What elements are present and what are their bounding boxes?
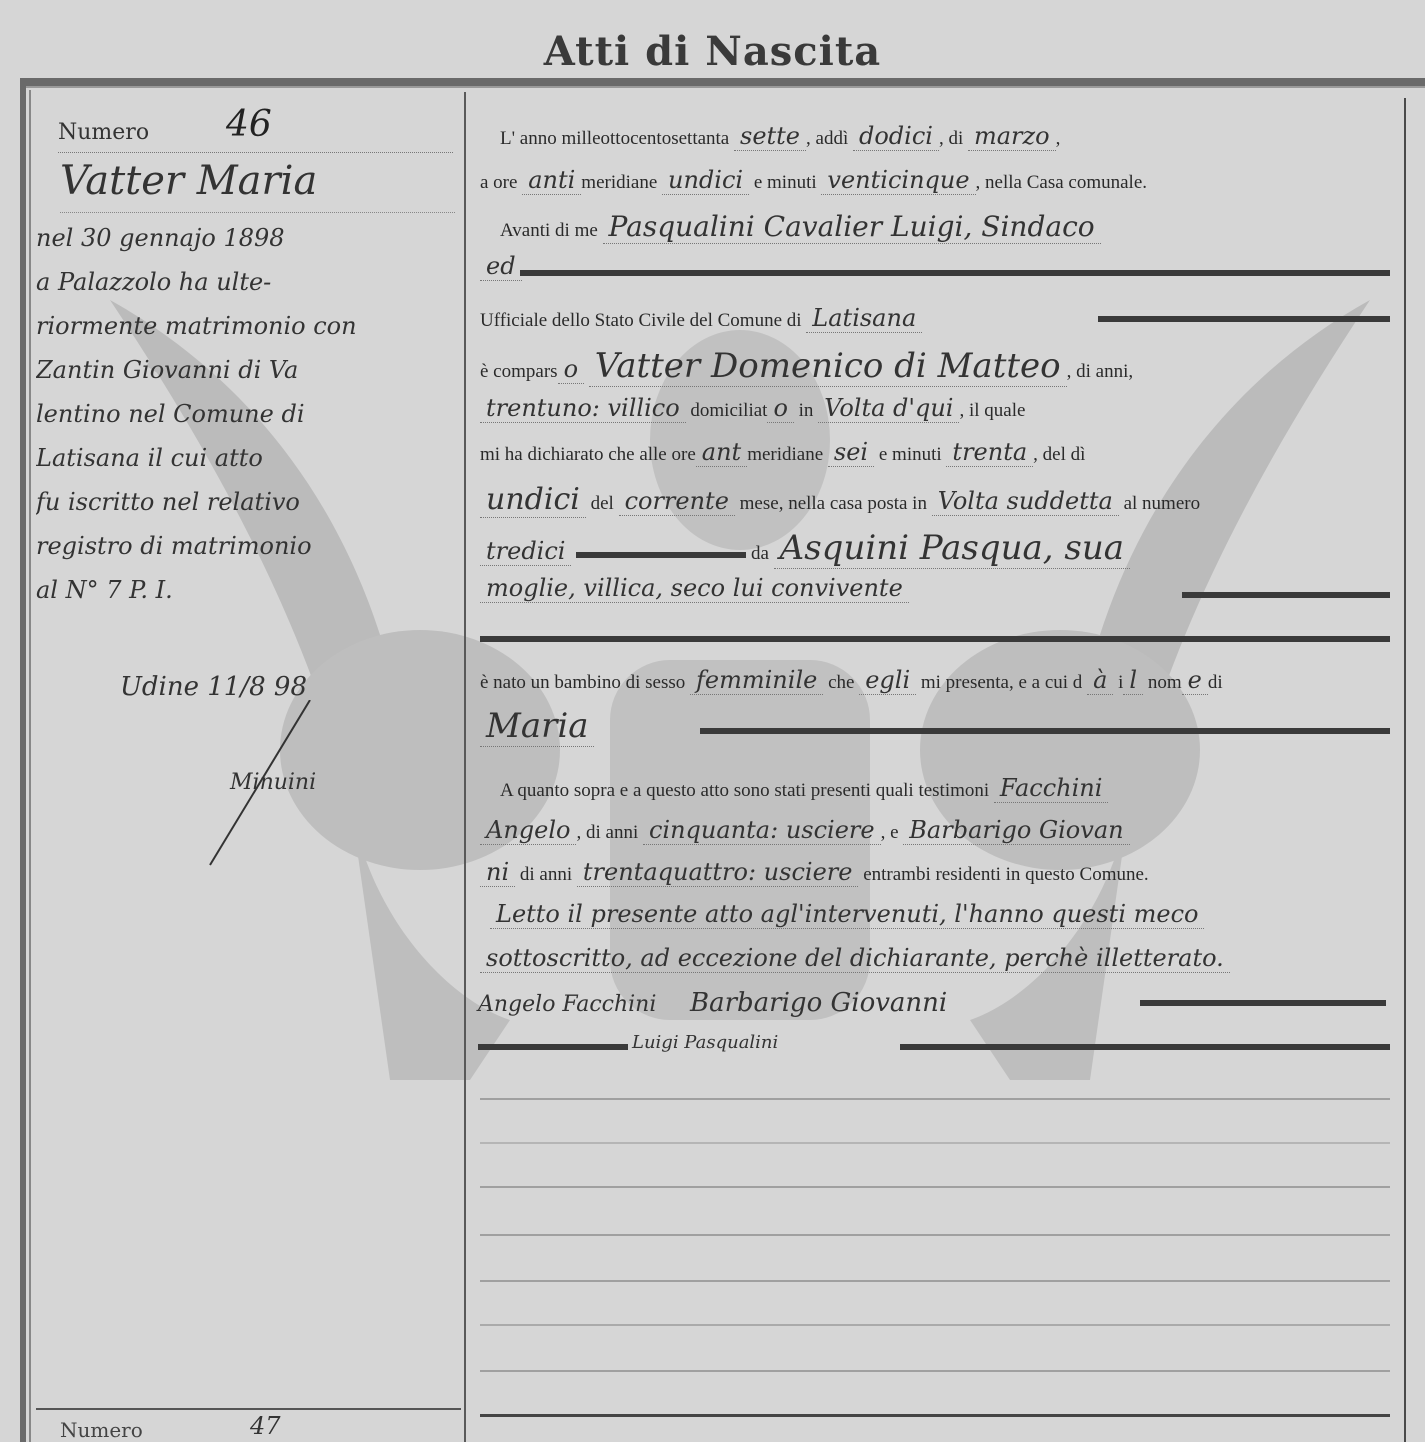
printed-text: al numero bbox=[1124, 493, 1201, 514]
handwritten-witness2-name: Barbarigo Giovan bbox=[903, 816, 1129, 845]
record-line-15: A quanto sopra e a questo atto sono stat… bbox=[500, 774, 1410, 818]
printed-text: di bbox=[1208, 672, 1223, 693]
record-line-2: a ore antimeridiane undici e minuti vent… bbox=[480, 166, 1390, 210]
handwritten-day: dodici bbox=[853, 122, 939, 151]
printed-text: e minuti bbox=[754, 172, 817, 193]
printed-text: è nato un bambino di sesso bbox=[480, 672, 685, 693]
handwritten-officer: Pasqualini Cavalier Luigi, Sindaco bbox=[603, 210, 1101, 244]
printed-text: da bbox=[751, 543, 769, 564]
margin-note-line: al N° 7 P. I. bbox=[36, 568, 456, 612]
margin-note-line: nel 30 gennajo 1898 bbox=[36, 216, 456, 260]
printed-text: A quanto sopra e a questo atto sono stat… bbox=[500, 780, 989, 801]
printed-text: meridiane bbox=[581, 172, 657, 193]
handwritten-closing: sottoscritto, ad eccezione del dichiaran… bbox=[480, 944, 1230, 973]
printed-text: , di anni, bbox=[1067, 361, 1134, 382]
record-line-18: Letto il presente atto agl'intervenuti, … bbox=[490, 900, 1400, 944]
handwritten-sex: femminile bbox=[690, 666, 823, 695]
handwritten-text: egli bbox=[859, 666, 916, 695]
handwritten-witness2-details: trentaquattro: usciere bbox=[577, 858, 859, 887]
handwritten-closing: Letto il presente atto agl'intervenuti, … bbox=[490, 900, 1204, 929]
printed-text: , di anni bbox=[576, 822, 638, 843]
fill-bar bbox=[576, 552, 746, 558]
fill-bar bbox=[480, 636, 1390, 642]
frame-left-inner-border bbox=[29, 90, 31, 1442]
ruled-line bbox=[480, 1370, 1390, 1372]
printed-text: di anni bbox=[520, 864, 572, 885]
numero-value: 46 bbox=[226, 104, 272, 145]
margin-annotation: nel 30 gennajo 1898 a Palazzolo ha ulte-… bbox=[36, 216, 456, 612]
printed-text: L' anno milleottocentosettanta bbox=[500, 128, 729, 149]
margin-note-line: riormente matrimonio con bbox=[36, 304, 456, 348]
record-line-3: Avanti di me Pasqualini Cavalier Luigi, … bbox=[500, 210, 1410, 254]
printed-text: a ore bbox=[480, 172, 517, 193]
printed-text: mi ha dichiarato che alle ore bbox=[480, 444, 696, 465]
handwritten-month: marzo bbox=[968, 122, 1056, 151]
record-line-9: undici del corrente mese, nella casa pos… bbox=[480, 482, 1390, 526]
ruled-line bbox=[480, 1098, 1390, 1100]
numero-row: Numero 46 bbox=[58, 112, 453, 153]
handwritten-text: o bbox=[767, 394, 793, 423]
handwritten-birth-hour: sei bbox=[828, 438, 874, 467]
printed-text: che bbox=[828, 672, 854, 693]
handwritten-age-profession: trentuno: villico bbox=[480, 394, 686, 423]
signature-witness1: Angelo Facchini bbox=[478, 992, 656, 1017]
printed-text: , e bbox=[881, 822, 899, 843]
record-line-5: Ufficiale dello Stato Civile del Comune … bbox=[480, 304, 1390, 348]
frame-left-border bbox=[20, 78, 26, 1442]
printed-text: entrambi residenti in questo Comune. bbox=[863, 864, 1148, 885]
handwritten-house-number: tredici bbox=[480, 537, 571, 566]
ruled-line bbox=[480, 1234, 1390, 1236]
handwritten-year: sette bbox=[734, 122, 806, 151]
numero-label: Numero bbox=[58, 120, 149, 145]
record-line-6: è comparso Vatter Domenico di Matteo, di… bbox=[480, 346, 1390, 390]
ruled-line bbox=[480, 1142, 1390, 1144]
record-line-8: mi ha dichiarato che alle oreantmeridian… bbox=[480, 438, 1390, 482]
printed-text: domiciliat bbox=[690, 400, 767, 421]
document-title: Atti di Nascita bbox=[0, 28, 1425, 75]
margin-note-line: Latisana il cui atto bbox=[36, 436, 456, 480]
handwritten-text: ant bbox=[696, 438, 747, 467]
signature-officer: Luigi Pasqualini bbox=[632, 1032, 778, 1053]
handwritten-declarant: Vatter Domenico di Matteo bbox=[589, 346, 1067, 387]
printed-text: , bbox=[1056, 128, 1061, 149]
frame-top-border bbox=[20, 78, 1425, 88]
printed-text: mese, nella casa posta in bbox=[740, 493, 927, 514]
ruled-line bbox=[480, 1280, 1390, 1282]
fill-bar bbox=[1140, 1000, 1386, 1006]
signature-stroke-icon bbox=[200, 700, 320, 870]
fill-bar bbox=[1098, 316, 1390, 322]
signature-witness2: Barbarigo Giovanni bbox=[690, 988, 947, 1018]
printed-text: , nella Casa comunale. bbox=[976, 172, 1147, 193]
margin-note-line: a Palazzolo ha ulte- bbox=[36, 260, 456, 304]
next-numero-label: Numero bbox=[60, 1418, 143, 1442]
ruled-line bbox=[480, 1324, 1390, 1326]
margin-place-date: Udine 11/8 98 bbox=[120, 672, 307, 702]
handwritten-birth-minutes: trenta bbox=[946, 438, 1033, 467]
fill-bar bbox=[520, 270, 1390, 276]
column-divider bbox=[464, 92, 466, 1442]
entry-separator bbox=[36, 1408, 461, 1410]
record-line-16: Angelo, di anni cinquanta: usciere, e Ba… bbox=[480, 816, 1390, 860]
handwritten-comune: Latisana bbox=[806, 304, 922, 333]
handwritten-mother-details: moglie, villica, seco lui convivente bbox=[480, 574, 909, 603]
handwritten-child-name: Maria bbox=[480, 706, 594, 747]
printed-text: è compars bbox=[480, 361, 558, 382]
handwritten-text: l bbox=[1123, 666, 1143, 695]
handwritten-witness1-surname: Facchini bbox=[994, 774, 1108, 803]
handwritten-text: anti bbox=[522, 166, 581, 195]
printed-text: e minuti bbox=[879, 444, 942, 465]
printed-text: Ufficiale dello Stato Civile del Comune … bbox=[480, 310, 802, 331]
record-line-7: trentuno: villico domiciliato in Volta d… bbox=[480, 394, 1390, 438]
record-line-19: sottoscritto, ad eccezione del dichiaran… bbox=[480, 944, 1390, 988]
handwritten-witness1-details: cinquanta: usciere bbox=[643, 816, 881, 845]
fill-bar bbox=[478, 1044, 628, 1050]
margin-note-line: registro di matrimonio bbox=[36, 524, 456, 568]
printed-text: , addì bbox=[806, 128, 848, 149]
printed-text: del bbox=[591, 493, 614, 514]
handwritten-witness1-name: Angelo bbox=[480, 816, 576, 845]
margin-name: Vatter Maria bbox=[60, 158, 455, 213]
next-numero-value: 47 bbox=[250, 1412, 281, 1440]
printed-text: , di bbox=[939, 128, 963, 149]
handwritten-text: e bbox=[1182, 666, 1208, 695]
printed-text: in bbox=[799, 400, 814, 421]
handwritten-text: à bbox=[1087, 666, 1113, 695]
frame-right-border bbox=[1404, 98, 1406, 1442]
handwritten-text: corrente bbox=[619, 487, 735, 516]
handwritten-text: ni bbox=[480, 858, 515, 887]
handwritten-birth-place: Volta suddetta bbox=[932, 487, 1119, 516]
handwritten-text: ed bbox=[480, 252, 522, 281]
fill-bar bbox=[1182, 592, 1390, 598]
margin-note-line: fu iscritto nel relativo bbox=[36, 480, 456, 524]
fill-bar bbox=[900, 1044, 1390, 1050]
printed-text: mi presenta, e a cui d bbox=[921, 672, 1082, 693]
record-line-10: tredici da Asquini Pasqua, sua bbox=[480, 528, 1390, 572]
handwritten-text: o bbox=[558, 355, 584, 384]
handwritten-hour: undici bbox=[662, 166, 749, 195]
record-line-1: L' anno milleottocentosettanta sette, ad… bbox=[500, 122, 1410, 166]
printed-text: , il quale bbox=[959, 400, 1025, 421]
handwritten-residence: Volta d'qui bbox=[818, 394, 959, 423]
printed-text: meridiane bbox=[747, 444, 823, 465]
entry-separator bbox=[480, 1414, 1390, 1417]
record-line-17: ni di anni trentaquattro: usciere entram… bbox=[480, 858, 1390, 902]
handwritten-minutes: venticinque bbox=[821, 166, 975, 195]
printed-text: , del dì bbox=[1033, 444, 1085, 465]
printed-text: Avanti di me bbox=[500, 220, 598, 241]
ruled-line bbox=[480, 1186, 1390, 1188]
record-line-13: è nato un bambino di sesso femminile che… bbox=[480, 666, 1390, 710]
fill-bar bbox=[700, 728, 1390, 734]
margin-note-line: lentino nel Comune di bbox=[36, 392, 456, 436]
printed-text: nom bbox=[1148, 672, 1182, 693]
handwritten-mother: Asquini Pasqua, sua bbox=[774, 528, 1130, 569]
handwritten-birth-day: undici bbox=[480, 482, 586, 518]
margin-note-line: Zantin Giovanni di Va bbox=[36, 348, 456, 392]
